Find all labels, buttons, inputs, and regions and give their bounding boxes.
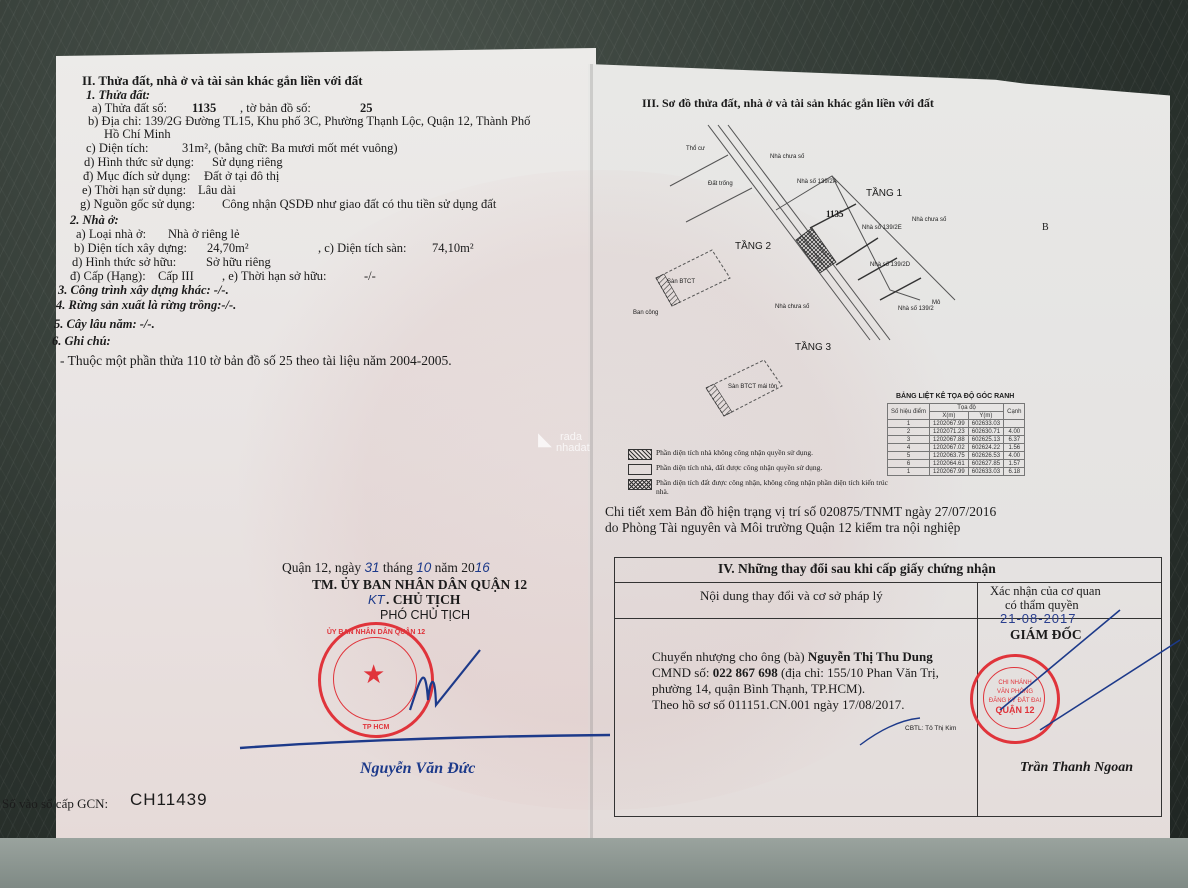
ownership-term-value: -/-: [364, 269, 376, 283]
date-prefix: Quận 12, ngày: [282, 560, 361, 575]
watermark: ◣ rada nhadat: [540, 432, 590, 454]
edge-mark: B: [1042, 221, 1049, 235]
signing-date: Quận 12, ngày 31 tháng 10 năm 2016: [282, 561, 490, 575]
legend-text: Phần diện tích đất được công nhận, không…: [656, 478, 896, 496]
label-dat-trong: Đất trống: [708, 177, 733, 191]
coords-cell-y: 602625.13: [968, 436, 1003, 444]
coords-cell-pt: 3: [888, 436, 930, 444]
director-name: Trần Thanh Ngoan: [1020, 760, 1133, 776]
land-purpose-value: Đất ở tại đô thị: [204, 169, 279, 183]
coords-header-y: Y(m): [968, 412, 1003, 420]
label-nha-139-2e: Nhà số 139/2E: [862, 221, 902, 235]
coords-table-title: BẢNG LIỆT KÊ TỌA ĐỘ GÓC RANH: [896, 390, 1014, 404]
coords-cell-pt: 2: [888, 428, 930, 436]
label-mo: Mô: [932, 296, 940, 310]
date-month: 10: [416, 560, 431, 575]
coords-cell-x: 1202064.61: [930, 460, 969, 468]
land-term-value: Lâu dài: [198, 183, 236, 197]
month-label: tháng: [383, 560, 413, 575]
legend-text: Phần diện tích nhà không công nhận quyền…: [656, 448, 896, 457]
chairman-signer-name: Nguyễn Văn Đức: [360, 760, 475, 778]
coords-cell-y: 602626.53: [968, 452, 1003, 460]
land-address-line2: Hồ Chí Minh: [104, 127, 171, 141]
id-label: CMND số:: [652, 665, 709, 680]
issuing-authority: TM. ỦY BAN NHÂN DÂN QUẬN 12: [312, 578, 527, 592]
coords-header-point: Số hiệu điểm: [888, 404, 930, 420]
other-construction: 3. Công trình xây dựng khác: -/-.: [58, 283, 229, 297]
floor2-label: TẦNG 2: [735, 240, 771, 254]
coords-row: 21202071.23602630.714.00: [888, 428, 1025, 436]
coords-table: Số hiệu điểm Tọa độ Cạnh X(m) Y(m) 11202…: [887, 403, 1025, 476]
coords-cell-y: 602630.71: [968, 428, 1003, 436]
land-a-label: a) Thửa đất số:: [92, 101, 167, 115]
label-tho-cu: Thổ cư: [686, 142, 705, 156]
floor-area-value: 74,10m²: [432, 241, 474, 255]
label-nha-139-2: Nhà số 139/2: [898, 302, 934, 316]
coords-row: 41202067.02602624.221.56: [888, 444, 1025, 452]
label-ban-cong: Ban công: [633, 306, 658, 320]
coords-cell-y: 602633.03: [968, 420, 1003, 428]
land-heading: 1. Thửa đất:: [86, 88, 150, 102]
coords-cell-edge: [1004, 420, 1025, 428]
date-day: 31: [364, 560, 379, 575]
coords-cell-y: 602627.85: [968, 460, 1003, 468]
director-signature-strokes: [840, 600, 1188, 760]
coords-cell-edge: 1.57: [1004, 460, 1025, 468]
handwritten-kt: KT: [368, 592, 385, 607]
coords-cell-edge: 6.18: [1004, 468, 1025, 476]
diagram-parcel-number: 1135: [826, 207, 844, 221]
floor-background: [0, 838, 1188, 888]
land-area-label: c) Diện tích:: [86, 141, 148, 155]
map-sheet-number: 25: [360, 101, 373, 115]
coords-cell-x: 1202067.88: [930, 436, 969, 444]
registry-label: Số vào sổ cấp GCN:: [2, 797, 108, 811]
changes-title: IV. Những thay đổi sau khi cấp giấy chứn…: [718, 562, 996, 576]
coords-cell-x: 1202067.99: [930, 468, 969, 476]
house-type-value: Nhà ở riêng lẻ: [168, 227, 240, 241]
notes-text: - Thuộc một phần thửa 110 tờ bản đồ số 2…: [60, 354, 452, 368]
coords-cell-x: 1202067.02: [930, 444, 969, 452]
transfer-line3: phường 14, quận Bình Thạnh, TP.HCM).: [652, 682, 865, 696]
date-year: 16: [475, 560, 490, 575]
coords-cell-x: 1202063.75: [930, 452, 969, 460]
ownership-label: d) Hình thức sở hữu:: [72, 255, 176, 269]
land-use-form-value: Sử dụng riêng: [212, 155, 283, 169]
section-iii-title: III. Sơ đồ thửa đất, nhà ở và tài sản kh…: [642, 96, 934, 110]
floor1-label: TẦNG 1: [866, 187, 902, 201]
ownership-term-label: , e) Thời hạn sở hữu:: [222, 269, 326, 283]
coords-cell-y: 602624.22: [968, 444, 1003, 452]
legend-swatch-blank: [628, 464, 652, 475]
label-nha-139-2a: Nhà số 139/2A: [797, 175, 837, 189]
chairman-title: . CHỦ TỊCH: [386, 593, 460, 607]
registry-number: CH11439: [130, 793, 208, 807]
signature-strokes: [230, 640, 630, 770]
label-nha-chua-so-right: Nhà chưa số: [912, 213, 946, 227]
land-origin-label: g) Nguồn gốc sử dụng:: [80, 197, 195, 211]
legend-swatch-cross: [628, 479, 652, 490]
coords-row: 11202067.99602633.036.18: [888, 468, 1025, 476]
floor-area-label: , c) Diện tích sàn:: [318, 241, 407, 255]
changes-col2-header-line1: Xác nhận của cơ quan: [990, 584, 1101, 598]
planted-forest: 4. Rừng sản xuất là rừng trồng:-/-.: [56, 298, 236, 312]
grade-label: đ) Cấp (Hạng):: [70, 269, 146, 283]
label-san-btct-moi-ton: Sàn BTCT mái tôn: [728, 380, 777, 394]
house-heading: 2. Nhà ở:: [70, 213, 119, 227]
stamp-text: ỦY BAN NHÂN DÂN QUẬN 12: [321, 629, 431, 636]
transfer-prefix: Chuyển nhượng cho ông (bà): [652, 649, 805, 664]
year-label: năm 20: [435, 560, 475, 575]
watermark-line2: nhadat: [556, 443, 590, 454]
label-san-btct: Sàn BTCT: [667, 275, 695, 289]
land-area-value: 31m², (bằng chữ: Ba mươi mốt mét vuông): [182, 141, 398, 155]
land-purpose-label: đ) Mục đích sử dụng:: [83, 169, 190, 183]
parcel-number: 1135: [192, 101, 216, 115]
certificate-photo: II. Thửa đất, nhà ở và tài sản khác gắn …: [0, 0, 1188, 888]
coords-row: 31202067.88602625.136.37: [888, 436, 1025, 444]
grade-value: Cấp III: [158, 269, 194, 283]
house-type-label: a) Loại nhà ở:: [76, 227, 146, 241]
build-area-label: b) Diện tích xây dựng:: [74, 241, 187, 255]
legend-swatch-hatch: [628, 449, 652, 460]
perennial-trees: 5. Cây lâu năm: -/-.: [54, 317, 155, 331]
id-number: 022 867 698: [713, 665, 778, 680]
detail-reference-line2: do Phòng Tài nguyên và Môi trường Quận 1…: [605, 521, 960, 535]
section-ii-title: II. Thửa đất, nhà ở và tài sản khác gắn …: [82, 74, 363, 88]
land-origin-value: Công nhận QSDĐ như giao đất có thu tiền …: [222, 197, 496, 211]
notes-heading: 6. Ghi chú:: [52, 334, 111, 348]
coords-cell-x: 1202071.23: [930, 428, 969, 436]
coords-cell-edge: 6.37: [1004, 436, 1025, 444]
build-area-value: 24,70m²: [207, 241, 249, 255]
floor3-label: TẦNG 3: [795, 341, 831, 355]
coords-cell-edge: 1.56: [1004, 444, 1025, 452]
land-address-line1: b) Địa chỉ: 139/2G Đường TL15, Khu phố 3…: [88, 114, 530, 128]
land-term-label: e) Thời hạn sử dụng:: [82, 183, 186, 197]
legend-text: Phần diện tích nhà, đất được công nhận q…: [656, 463, 896, 472]
coords-header-x: X(m): [930, 412, 969, 420]
coords-row: 11202067.99602633.03: [888, 420, 1025, 428]
coords-cell-pt: 1: [888, 420, 930, 428]
coords-cell-edge: 4.00: [1004, 428, 1025, 436]
vice-chairman-title: PHÓ CHỦ TỊCH: [380, 608, 470, 622]
ownership-value: Sở hữu riêng: [206, 255, 271, 269]
watermark-icon: ◣: [538, 434, 552, 445]
label-nha-139-2d: Nhà số 139/2D: [870, 258, 910, 272]
detail-reference-line1: Chi tiết xem Bản đồ hiện trạng vị trí số…: [605, 505, 996, 519]
label-nha-chua-so-top: Nhà chưa số: [770, 150, 804, 164]
label-nha-chua-so-bottom: Nhà chưa số: [775, 300, 809, 314]
coords-header-coord: Tọa độ: [930, 404, 1004, 412]
coords-row: 61202064.61602627.851.57: [888, 460, 1025, 468]
map-sheet-label: , tờ bản đồ số:: [240, 101, 311, 115]
coords-cell-x: 1202067.99: [930, 420, 969, 428]
coords-row: 51202063.75602626.534.00: [888, 452, 1025, 460]
coords-header-edge: Cạnh: [1004, 404, 1025, 420]
coords-cell-edge: 4.00: [1004, 452, 1025, 460]
coords-cell-y: 602633.03: [968, 468, 1003, 476]
land-use-form-label: d) Hình thức sử dụng:: [84, 155, 194, 169]
